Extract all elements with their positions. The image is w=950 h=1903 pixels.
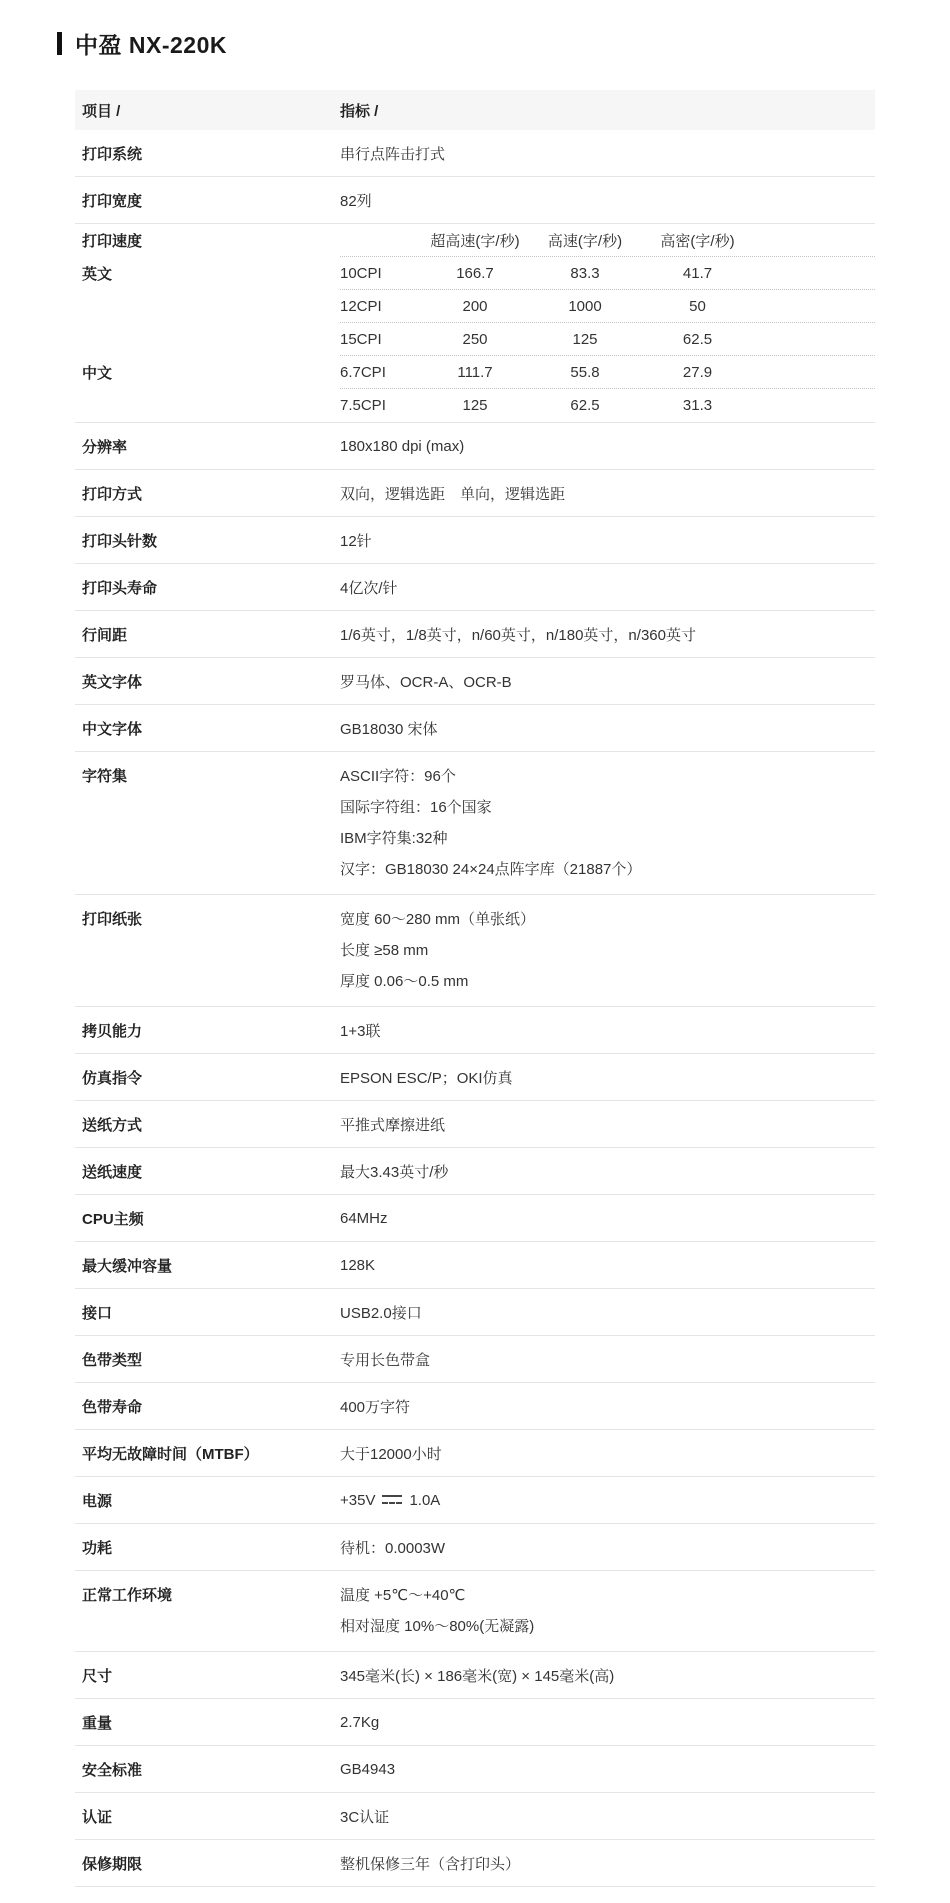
speed-row-6-7cpi: 中文 6.7CPI 111.7 55.8 27.9 <box>75 356 875 389</box>
speed-group-label <box>75 290 340 323</box>
title-accent-bar <box>57 32 62 55</box>
spec-label: 色带寿命 <box>75 1396 340 1417</box>
speed-col-header: 高速(字/秒) <box>530 230 640 251</box>
table-header-item: 项目 / <box>75 100 340 121</box>
spec-row-feed-mode: 送纸方式 平推式摩擦进纸 <box>75 1101 875 1148</box>
speed-cpi: 6.7CPI <box>340 364 420 381</box>
spec-value: 400万字符 <box>340 1396 875 1417</box>
speed-cpi: 12CPI <box>340 298 420 315</box>
spec-value-line: 宽度 60～280 mm（单张纸） <box>340 904 875 935</box>
speed-value: 50 <box>640 298 755 315</box>
spec-label: 保修期限 <box>75 1853 340 1874</box>
speed-value: 62.5 <box>640 331 755 348</box>
spec-label: 打印系统 <box>75 143 340 164</box>
speed-cpi: 15CPI <box>340 331 420 348</box>
speed-value: 41.7 <box>640 265 755 282</box>
spec-row-paper: 打印纸张 宽度 60～280 mm（单张纸） 长度 ≥58 mm 厚度 0.06… <box>75 895 875 1007</box>
spec-label: 拷贝能力 <box>75 1020 340 1041</box>
spec-row-cpu: CPU主频 64MHz <box>75 1195 875 1242</box>
spec-label: 英文字体 <box>75 671 340 692</box>
spec-row-buffer: 最大缓冲容量 128K <box>75 1242 875 1289</box>
spec-row-print-mode: 打印方式 双向，逻辑选距 单向，逻辑选距 <box>75 470 875 517</box>
spec-row-weight: 重量 2.7Kg <box>75 1699 875 1746</box>
speed-row-15cpi: 15CPI 250 125 62.5 <box>75 323 875 356</box>
spec-row-interface: 接口 USB2.0接口 <box>75 1289 875 1336</box>
spec-label: 功耗 <box>75 1537 340 1558</box>
speed-group-label <box>75 323 340 356</box>
speed-value: 200 <box>420 298 530 315</box>
spec-value-line: 温度 +5℃～+40℃ <box>340 1580 875 1611</box>
spec-value-line: 国际字符组：16个国家 <box>340 792 875 823</box>
speed-row-7-5cpi: 7.5CPI 125 62.5 31.3 <box>75 389 875 422</box>
spec-label: 送纸方式 <box>75 1114 340 1135</box>
speed-group-label: 英文 <box>75 257 340 290</box>
table-header: 项目 / 指标 / <box>75 90 875 130</box>
spec-value-line: ASCII字符：96个 <box>340 761 875 792</box>
spec-label: 认证 <box>75 1806 340 1827</box>
spec-row-emulation: 仿真指令 EPSON ESC/P；OKI仿真 <box>75 1054 875 1101</box>
spec-row-power: 电源 +35V1.0A <box>75 1477 875 1524</box>
speed-row-10cpi: 英文 10CPI 166.7 83.3 41.7 <box>75 257 875 290</box>
spec-value: 1/6英寸，1/8英寸，n/60英寸，n/180英寸，n/360英寸 <box>340 624 875 645</box>
speed-header-cells: 超高速(字/秒) 高速(字/秒) 高密(字/秒) <box>340 224 875 257</box>
spec-row-safety-standard: 安全标准 GB4943 <box>75 1746 875 1793</box>
spec-row-environment: 正常工作环境 温度 +5℃～+40℃ 相对湿度 10%～80%(无凝露) <box>75 1571 875 1652</box>
spec-value: 345毫米(长) × 186毫米(宽) × 145毫米(高) <box>340 1665 875 1686</box>
spec-row-mtbf: 平均无故障时间（MTBF） 大于12000小时 <box>75 1430 875 1477</box>
spec-label: 打印速度 <box>75 224 340 257</box>
spec-label: 安全标准 <box>75 1759 340 1780</box>
spec-label: 分辨率 <box>75 436 340 457</box>
spec-label: 尺寸 <box>75 1665 340 1686</box>
spec-value-lines: 宽度 60～280 mm（单张纸） 长度 ≥58 mm 厚度 0.06～0.5 … <box>340 904 875 997</box>
spec-row-ribbon-life: 色带寿命 400万字符 <box>75 1383 875 1430</box>
spec-row-certification: 认证 3C认证 <box>75 1793 875 1840</box>
dc-current-icon <box>382 1495 402 1504</box>
spec-row-copies: 拷贝能力 1+3联 <box>75 1007 875 1054</box>
spec-label: 字符集 <box>75 761 340 786</box>
speed-cpi: 10CPI <box>340 265 420 282</box>
spec-value-line: IBM字符集:32种 <box>340 823 875 854</box>
spec-label: 打印纸张 <box>75 904 340 929</box>
speed-value: 125 <box>420 397 530 414</box>
spec-value: 串行点阵击打式 <box>340 143 875 164</box>
spec-label: 色带类型 <box>75 1349 340 1370</box>
speed-row-cells: 12CPI 200 1000 50 <box>340 290 875 323</box>
spec-label: 电源 <box>75 1490 340 1511</box>
spec-value-lines: ASCII字符：96个 国际字符组：16个国家 IBM字符集:32种 汉字：GB… <box>340 761 875 885</box>
spec-row-charset: 字符集 ASCII字符：96个 国际字符组：16个国家 IBM字符集:32种 汉… <box>75 752 875 895</box>
spec-row-dimensions: 尺寸 345毫米(长) × 186毫米(宽) × 145毫米(高) <box>75 1652 875 1699</box>
spec-label: 接口 <box>75 1302 340 1323</box>
spec-label: 打印方式 <box>75 483 340 504</box>
spec-value: 4亿次/针 <box>340 577 875 598</box>
spec-value: 12针 <box>340 530 875 551</box>
spec-value: GB4943 <box>340 1761 875 1778</box>
speed-row-cells: 6.7CPI 111.7 55.8 27.9 <box>340 356 875 389</box>
spec-value: 3C认证 <box>340 1806 875 1827</box>
speed-row-cells: 7.5CPI 125 62.5 31.3 <box>340 389 875 422</box>
spec-row-print-width: 打印宽度 82列 <box>75 177 875 224</box>
speed-value: 1000 <box>530 298 640 315</box>
speed-value: 27.9 <box>640 364 755 381</box>
spec-row-english-fonts: 英文字体 罗马体、OCR-A、OCR-B <box>75 658 875 705</box>
spec-value: 罗马体、OCR-A、OCR-B <box>340 671 875 692</box>
table-header-metric: 指标 / <box>340 100 875 121</box>
speed-value: 111.7 <box>420 364 530 381</box>
spec-value: 1+3联 <box>340 1020 875 1041</box>
spec-label: 仿真指令 <box>75 1067 340 1088</box>
speed-header-line: 打印速度 超高速(字/秒) 高速(字/秒) 高密(字/秒) <box>75 224 875 257</box>
spec-value: EPSON ESC/P；OKI仿真 <box>340 1067 875 1088</box>
speed-row-cells: 10CPI 166.7 83.3 41.7 <box>340 257 875 290</box>
spec-value: 整机保修三年（含打印头） <box>340 1853 875 1874</box>
spec-label: 送纸速度 <box>75 1161 340 1182</box>
spec-label: 最大缓冲容量 <box>75 1255 340 1276</box>
spec-value: 2.7Kg <box>340 1714 875 1731</box>
spec-row-head-life: 打印头寿命 4亿次/针 <box>75 564 875 611</box>
speed-group-label <box>75 389 340 422</box>
spec-value-line: 汉字：GB18030 24×24点阵字库（21887个） <box>340 854 875 885</box>
page-title: 中盈 NX-220K <box>75 27 227 60</box>
spec-value-lines: 温度 +5℃～+40℃ 相对湿度 10%～80%(无凝露) <box>340 1580 875 1642</box>
spec-label: 重量 <box>75 1712 340 1733</box>
page-title-row: 中盈 NX-220K <box>57 26 875 60</box>
speed-value: 62.5 <box>530 397 640 414</box>
spec-label: 打印头寿命 <box>75 577 340 598</box>
speed-col-header: 超高速(字/秒) <box>420 230 530 251</box>
speed-col-header: 高密(字/秒) <box>640 230 755 251</box>
spec-label: 中文字体 <box>75 718 340 739</box>
spec-value: GB18030 宋体 <box>340 718 875 739</box>
spec-label: 打印宽度 <box>75 190 340 211</box>
spec-label: 行间距 <box>75 624 340 645</box>
print-speed-block: 打印速度 超高速(字/秒) 高速(字/秒) 高密(字/秒) 英文 10CPI 1… <box>75 224 875 423</box>
spec-value: 128K <box>340 1257 875 1274</box>
spec-label: CPU主频 <box>75 1208 340 1229</box>
speed-row-12cpi: 12CPI 200 1000 50 <box>75 290 875 323</box>
spec-row-ribbon-type: 色带类型 专用长色带盒 <box>75 1336 875 1383</box>
spec-value-power: +35V1.0A <box>340 1492 875 1509</box>
spec-value: 82列 <box>340 190 875 211</box>
power-current: 1.0A <box>409 1492 440 1509</box>
spec-value: 待机：0.0003W <box>340 1537 875 1558</box>
speed-group-label: 中文 <box>75 356 340 389</box>
power-voltage: +35V <box>340 1492 375 1509</box>
spec-row-feed-speed: 送纸速度 最大3.43英寸/秒 <box>75 1148 875 1195</box>
spec-value-line: 厚度 0.06～0.5 mm <box>340 966 875 997</box>
speed-value: 31.3 <box>640 397 755 414</box>
speed-value: 83.3 <box>530 265 640 282</box>
spec-page: 中盈 NX-220K 项目 / 指标 / 打印系统 串行点阵击打式 打印宽度 8… <box>0 0 950 1903</box>
spec-value-line: 长度 ≥58 mm <box>340 935 875 966</box>
spec-row-consumption: 功耗 待机：0.0003W <box>75 1524 875 1571</box>
spec-value: 180x180 dpi (max) <box>340 438 875 455</box>
spec-value: 64MHz <box>340 1210 875 1227</box>
spec-value: 最大3.43英寸/秒 <box>340 1161 875 1182</box>
spec-label: 正常工作环境 <box>75 1580 340 1605</box>
spec-value-line: 相对湿度 10%～80%(无凝露) <box>340 1611 875 1642</box>
speed-row-cells: 15CPI 250 125 62.5 <box>340 323 875 356</box>
spec-value: 平推式摩擦进纸 <box>340 1114 875 1135</box>
spec-value: 专用长色带盒 <box>340 1349 875 1370</box>
spec-table: 项目 / 指标 / 打印系统 串行点阵击打式 打印宽度 82列 打印速度 超高速… <box>75 90 875 1887</box>
spec-row-pins: 打印头针数 12针 <box>75 517 875 564</box>
spec-row-print-system: 打印系统 串行点阵击打式 <box>75 130 875 177</box>
speed-cpi: 7.5CPI <box>340 397 420 414</box>
spec-row-chinese-fonts: 中文字体 GB18030 宋体 <box>75 705 875 752</box>
spec-row-resolution: 分辨率 180x180 dpi (max) <box>75 423 875 470</box>
spec-row-warranty: 保修期限 整机保修三年（含打印头） <box>75 1840 875 1887</box>
spec-value: 大于12000小时 <box>340 1443 875 1464</box>
spec-label: 平均无故障时间（MTBF） <box>75 1443 340 1464</box>
spec-row-line-spacing: 行间距 1/6英寸，1/8英寸，n/60英寸，n/180英寸，n/360英寸 <box>75 611 875 658</box>
speed-value: 166.7 <box>420 265 530 282</box>
spec-value: USB2.0接口 <box>340 1302 875 1323</box>
spec-label: 打印头针数 <box>75 530 340 551</box>
speed-value: 125 <box>530 331 640 348</box>
speed-value: 250 <box>420 331 530 348</box>
spec-value: 双向，逻辑选距 单向，逻辑选距 <box>340 483 875 504</box>
speed-value: 55.8 <box>530 364 640 381</box>
